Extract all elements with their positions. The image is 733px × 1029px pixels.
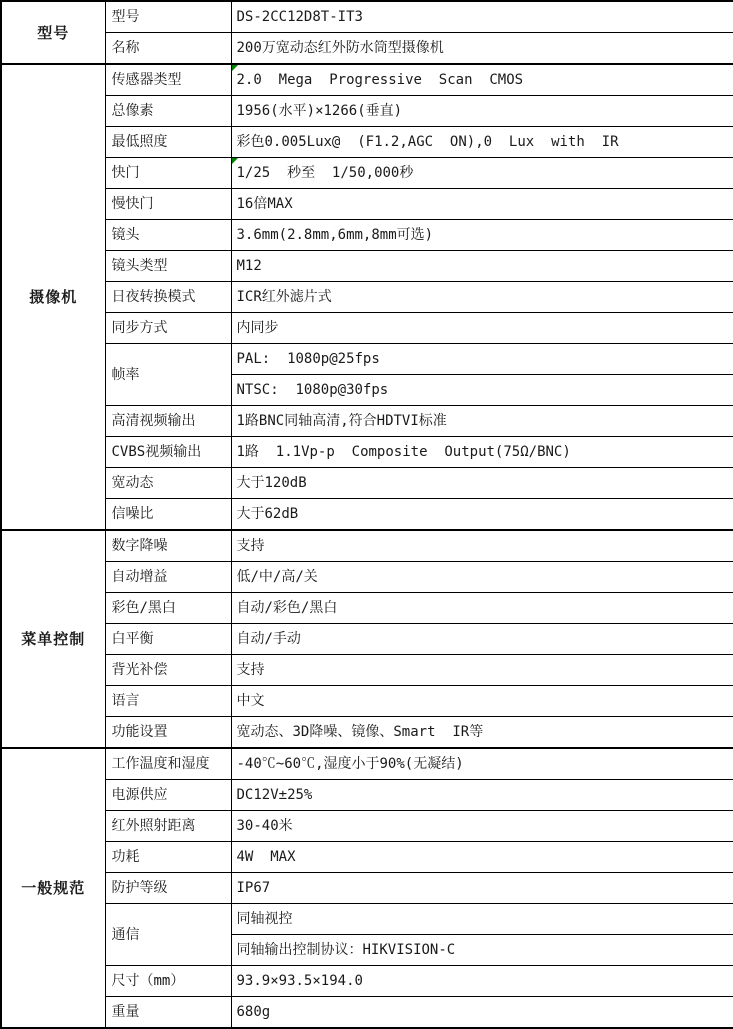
category-cell: 摄像机 [1,64,105,530]
spec-value-cell: 自动/手动 [231,624,733,655]
spec-label-cell: 红外照射距离 [105,811,231,842]
spec-label-cell: 信噪比 [105,499,231,531]
spec-label-cell: 同步方式 [105,313,231,344]
spec-label-cell: 名称 [105,33,231,65]
spec-label-cell: 日夜转换模式 [105,282,231,313]
table-row: 信噪比大于62dB [1,499,733,531]
spec-label-cell: 快门 [105,158,231,189]
spec-value-text: 30-40米 [237,818,293,834]
spec-value-text: 1路BNC同轴高清,符合HDTVI标准 [237,413,447,429]
table-row: 摄像机传感器类型2.0 Mega Progressive Scan CMOS [1,64,733,96]
spec-value-text: 200万宽动态红外防水筒型摄像机 [237,40,444,56]
spec-label-cell: 电源供应 [105,780,231,811]
table-row: 日夜转换模式ICR红外滤片式 [1,282,733,313]
spec-value-cell: 200万宽动态红外防水筒型摄像机 [231,33,733,65]
table-row: 功能设置宽动态、3D降噪、镜像、Smart IR等 [1,717,733,749]
table-row: 白平衡自动/手动 [1,624,733,655]
table-row: 功耗4W MAX [1,842,733,873]
spec-value-text: 自动/手动 [237,631,301,647]
spec-value-text: 内同步 [237,320,279,336]
table-row: 最低照度彩色0.005Lux@ (F1.2,AGC ON),0 Lux with… [1,127,733,158]
spec-value-cell: DS-2CC12D8T-IT3 [231,1,733,33]
spec-value-text: 大于120dB [237,475,307,491]
spec-value-cell: 中文 [231,686,733,717]
table-row: 通信同轴视控 [1,904,733,935]
table-row: 总像素1956(水平)×1266(垂直) [1,96,733,127]
cell-corner-flag-icon [232,65,238,71]
spec-value-text: 16倍MAX [237,196,293,212]
spec-value-cell: 同轴输出控制协议：HIKVISION-C [231,935,733,966]
spec-label-cell: 语言 [105,686,231,717]
spec-value-cell: 3.6mm(2.8mm,6mm,8mm可选) [231,220,733,251]
spec-value-text: NTSC: 1080p@30fps [237,382,389,398]
spec-value-cell: 1路BNC同轴高清,符合HDTVI标准 [231,406,733,437]
spec-label-cell: 型号 [105,1,231,33]
spec-value-cell: 自动/彩色/黑白 [231,593,733,624]
spec-label-cell: 镜头类型 [105,251,231,282]
table-row: 重量680g [1,997,733,1029]
spec-label-cell: 白平衡 [105,624,231,655]
spec-value-cell: 1956(水平)×1266(垂直) [231,96,733,127]
spec-table: 型号型号DS-2CC12D8T-IT3名称200万宽动态红外防水筒型摄像机摄像机… [0,0,733,1029]
spec-value-text: 低/中/高/关 [237,569,318,585]
table-row: 宽动态大于120dB [1,468,733,499]
category-cell: 菜单控制 [1,530,105,748]
spec-value-text: 3.6mm(2.8mm,6mm,8mm可选) [237,227,434,243]
table-row: 背光补偿支持 [1,655,733,686]
spec-value-cell: 宽动态、3D降噪、镜像、Smart IR等 [231,717,733,749]
spec-label-cell: 工作温度和湿度 [105,748,231,780]
spec-label-cell: 重量 [105,997,231,1029]
spec-value-text: 2.0 Mega Progressive Scan CMOS [237,72,524,88]
spec-value-cell: DC12V±25% [231,780,733,811]
spec-table-body: 型号型号DS-2CC12D8T-IT3名称200万宽动态红外防水筒型摄像机摄像机… [1,1,733,1028]
spec-value-text: 4W MAX [237,849,296,865]
spec-value-text: 支持 [237,538,265,554]
table-row: 红外照射距离30-40米 [1,811,733,842]
spec-sheet-page: { "colors": { "border": "#000000", "text… [0,0,733,1029]
spec-value-cell: 支持 [231,655,733,686]
spec-value-cell: -40℃~60℃,湿度小于90%(无凝结) [231,748,733,780]
spec-value-cell: 大于62dB [231,499,733,531]
spec-value-text: 中文 [237,693,265,709]
spec-value-cell: 内同步 [231,313,733,344]
spec-value-text: DS-2CC12D8T-IT3 [237,9,363,25]
spec-label-cell: 最低照度 [105,127,231,158]
table-row: 电源供应DC12V±25% [1,780,733,811]
spec-value-cell: M12 [231,251,733,282]
spec-value-text: ICR红外滤片式 [237,289,332,305]
table-row: 彩色/黑白自动/彩色/黑白 [1,593,733,624]
spec-value-text: IP67 [237,880,271,896]
spec-value-cell: PAL: 1080p@25fps [231,344,733,375]
spec-label-cell: 彩色/黑白 [105,593,231,624]
spec-label-cell: CVBS视频输出 [105,437,231,468]
spec-value-text: M12 [237,258,262,274]
table-row: 同步方式内同步 [1,313,733,344]
spec-value-cell: 30-40米 [231,811,733,842]
table-row: 慢快门16倍MAX [1,189,733,220]
spec-label-cell: 背光补偿 [105,655,231,686]
spec-value-cell: 16倍MAX [231,189,733,220]
table-row: 高清视频输出1路BNC同轴高清,符合HDTVI标准 [1,406,733,437]
table-row: 帧率PAL: 1080p@25fps [1,344,733,375]
table-row: 菜单控制数字降噪支持 [1,530,733,562]
spec-value-text: 大于62dB [237,506,299,522]
category-cell: 一般规范 [1,748,105,1028]
spec-label-cell: 总像素 [105,96,231,127]
spec-label-cell: 传感器类型 [105,64,231,96]
spec-value-cell: 低/中/高/关 [231,562,733,593]
table-row: 镜头3.6mm(2.8mm,6mm,8mm可选) [1,220,733,251]
spec-value-text: 彩色0.005Lux@ (F1.2,AGC ON),0 Lux with IR [237,134,619,150]
spec-value-text: 宽动态、3D降噪、镜像、Smart IR等 [237,724,484,740]
cell-corner-flag-icon [232,158,238,164]
spec-label-cell: 镜头 [105,220,231,251]
spec-label-cell: 高清视频输出 [105,406,231,437]
spec-label-cell: 功能设置 [105,717,231,749]
spec-label-cell: 宽动态 [105,468,231,499]
spec-label-cell: 自动增益 [105,562,231,593]
spec-value-text: 1/25 秒至 1/50,000秒 [237,165,414,181]
table-row: 型号型号DS-2CC12D8T-IT3 [1,1,733,33]
spec-label-cell: 慢快门 [105,189,231,220]
spec-label-cell: 通信 [105,904,231,966]
table-row: 防护等级IP67 [1,873,733,904]
spec-value-cell: 彩色0.005Lux@ (F1.2,AGC ON),0 Lux with IR [231,127,733,158]
spec-value-cell: IP67 [231,873,733,904]
spec-value-cell: 1路 1.1Vp-p Composite Output(75Ω/BNC) [231,437,733,468]
spec-value-text: PAL: 1080p@25fps [237,351,380,367]
spec-value-text: 1路 1.1Vp-p Composite Output(75Ω/BNC) [237,444,571,460]
table-row: 名称200万宽动态红外防水筒型摄像机 [1,33,733,65]
spec-value-text: 680g [237,1004,271,1020]
spec-value-text: 93.9×93.5×194.0 [237,973,363,989]
table-row: 一般规范工作温度和湿度-40℃~60℃,湿度小于90%(无凝结) [1,748,733,780]
spec-value-cell: 支持 [231,530,733,562]
spec-label-cell: 帧率 [105,344,231,406]
spec-label-cell: 功耗 [105,842,231,873]
spec-value-cell: 680g [231,997,733,1029]
spec-value-cell: 4W MAX [231,842,733,873]
spec-label-cell: 数字降噪 [105,530,231,562]
spec-value-text: -40℃~60℃,湿度小于90%(无凝结) [237,756,464,772]
spec-value-text: 1956(水平)×1266(垂直) [237,103,403,119]
table-row: 自动增益低/中/高/关 [1,562,733,593]
table-row: CVBS视频输出1路 1.1Vp-p Composite Output(75Ω/… [1,437,733,468]
table-row: 语言中文 [1,686,733,717]
spec-value-cell: 同轴视控 [231,904,733,935]
spec-label-cell: 防护等级 [105,873,231,904]
spec-value-text: 自动/彩色/黑白 [237,600,338,616]
table-row: 镜头类型M12 [1,251,733,282]
spec-value-cell: NTSC: 1080p@30fps [231,375,733,406]
spec-value-text: 同轴输出控制协议：HIKVISION-C [237,942,456,958]
spec-value-cell: 2.0 Mega Progressive Scan CMOS [231,64,733,96]
table-row: 快门1/25 秒至 1/50,000秒 [1,158,733,189]
spec-value-cell: 1/25 秒至 1/50,000秒 [231,158,733,189]
spec-value-cell: ICR红外滤片式 [231,282,733,313]
category-cell: 型号 [1,1,105,64]
spec-value-text: 同轴视控 [237,911,293,927]
spec-value-text: DC12V±25% [237,787,313,803]
spec-value-text: 支持 [237,662,265,678]
spec-value-cell: 大于120dB [231,468,733,499]
